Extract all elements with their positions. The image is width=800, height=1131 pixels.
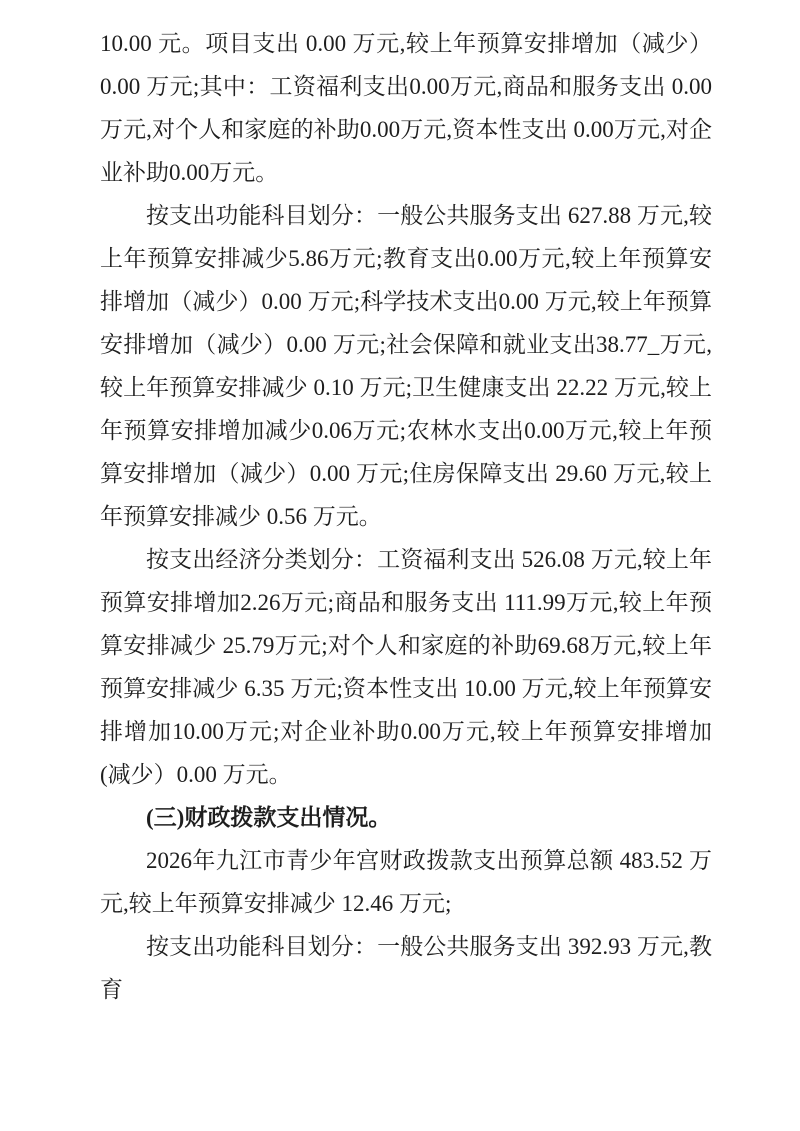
paragraph-expenditure-by-function: 按支出功能科目划分：一般公共服务支出 627.88 万元,较上年预算安排减少5.… <box>100 194 712 538</box>
paragraph-basic-expenditure-continuation: 10.00 元。项目支出 0.00 万元,较上年预算安排增加（减少）0.00 万… <box>100 22 712 194</box>
paragraph-fiscal-appropriation-total: 2026年九江市青少年宫财政拨款支出预算总额 483.52 万元,较上年预算安排… <box>100 839 712 925</box>
section-heading-fiscal-appropriation-expenditure: (三)财政拨款支出情况。 <box>100 796 712 839</box>
document-page: 10.00 元。项目支出 0.00 万元,较上年预算安排增加（减少）0.00 万… <box>0 0 800 1131</box>
paragraph-fiscal-appropriation-by-function: 按支出功能科目划分：一般公共服务支出 392.93 万元,教育 <box>100 925 712 1011</box>
document-body: 10.00 元。项目支出 0.00 万元,较上年预算安排增加（减少）0.00 万… <box>100 22 712 1011</box>
paragraph-expenditure-by-economic-class: 按支出经济分类划分：工资福利支出 526.08 万元,较上年预算安排增加2.26… <box>100 538 712 796</box>
